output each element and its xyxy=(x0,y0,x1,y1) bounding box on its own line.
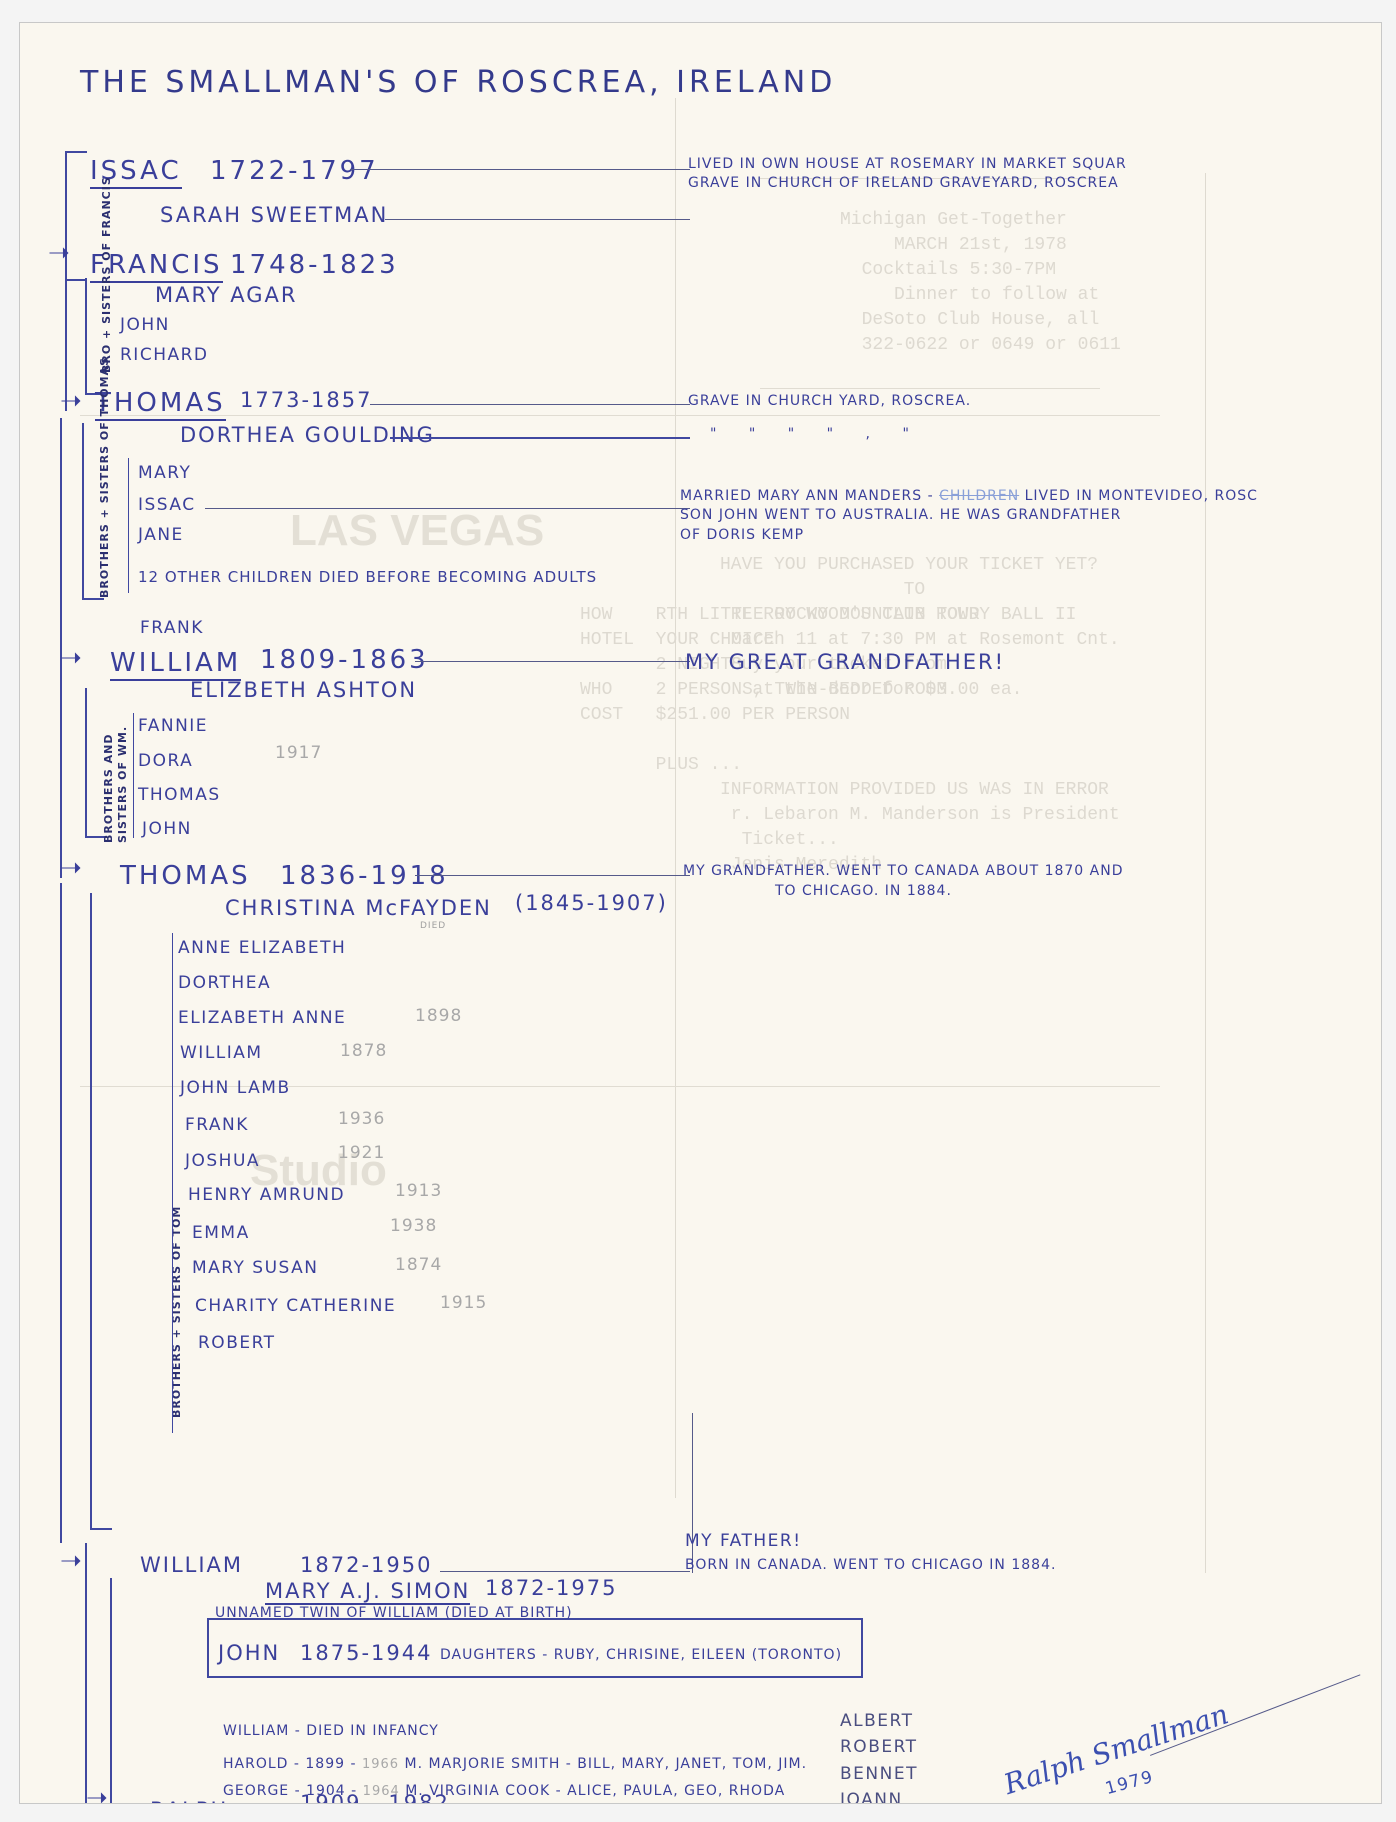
ancestor-years: 1773-1857 xyxy=(240,388,372,412)
child-family: M. MARJORIE SMITH - BILL, MARY, JANET, T… xyxy=(405,1756,808,1772)
sibling-name: ROBERT xyxy=(198,1333,276,1353)
siblings-bracket xyxy=(172,933,173,1433)
brother-name: JOHN xyxy=(218,1641,280,1665)
lineage-bracket xyxy=(60,883,62,1543)
bleed-through-text: LAS VEGAS xyxy=(290,518,544,543)
sibling-name: DORTHEA xyxy=(178,973,271,993)
sibling-name: MARY xyxy=(138,463,191,483)
sibling-name: JANE xyxy=(138,525,184,545)
bleed-through-text: HOW RTH LITTLE ROCKY MOUNTAIN TOUR HOTEL… xyxy=(580,603,980,778)
ancestor-name-text: WILLIAM xyxy=(110,648,241,681)
sibling-year: 1913 xyxy=(395,1181,442,1201)
signature-year: 1979 xyxy=(1103,1767,1156,1799)
lineage-bracket xyxy=(65,151,87,153)
ancestor-name: RALPH xyxy=(150,1798,228,1804)
arrow-right-icon: ➝ xyxy=(86,1785,108,1804)
arrow-right-icon: ➝ xyxy=(60,855,82,881)
sibling-name: ANNE ELIZABETH xyxy=(178,938,346,958)
sibling-name: MARY SUSAN xyxy=(192,1258,319,1278)
father-note: BORN IN CANADA. WENT TO CHICAGO IN 1884. xyxy=(685,1557,1056,1573)
lineage-bracket xyxy=(85,278,87,393)
siblings-label: BROTHERS AND xyxy=(102,733,115,843)
sibling-note: MARRIED MARY ANN MANDERS - CHILDREN LIVE… xyxy=(680,488,1258,504)
bleed-through-line xyxy=(80,415,1160,416)
connector-line xyxy=(440,1571,690,1572)
siblings-label: SISTERS OF WM. xyxy=(116,733,129,843)
ditto-marks: " " " " , " xyxy=(710,426,923,442)
sibling-name: EMMA xyxy=(192,1223,250,1243)
ancestor-name-text: THOMAS xyxy=(95,388,226,421)
connector-line xyxy=(415,875,690,876)
grandchild-name: ROBERT xyxy=(840,1737,918,1757)
ancestor-note: GRAVE IN CHURCH YARD, ROSCREA. xyxy=(688,393,971,409)
grandchild-name: BENNET xyxy=(840,1764,918,1784)
ancestor-note: MY GREAT GRANDFATHER! xyxy=(685,650,1005,674)
ancestor-note: LIVED IN OWN HOUSE AT ROSEMARY IN MARKET… xyxy=(688,156,1127,172)
sibling-name: JOSHUA xyxy=(185,1151,260,1171)
lineage-bracket xyxy=(65,279,87,281)
child-name: HAROLD - 1899 - xyxy=(223,1756,357,1772)
sibling-year: 1936 xyxy=(338,1109,385,1129)
siblings-label: BROTHERS + SISTERS OF THOMAS xyxy=(98,458,111,598)
father-note-heading: MY FATHER! xyxy=(685,1531,802,1551)
pre-name: FRANK xyxy=(140,618,204,638)
spouse-name: CHRISTINA McFAYDEN xyxy=(225,896,492,920)
lineage-bracket xyxy=(60,673,62,878)
connector-line xyxy=(385,219,690,220)
sibling-year: 1878 xyxy=(340,1041,387,1061)
document-title: THE SMALLMAN'S OF ROSCREA, IRELAND xyxy=(80,65,836,100)
sibling-name: FRANK xyxy=(185,1115,249,1135)
ancestor-name: WILLIAM xyxy=(110,648,241,678)
lineage-bracket xyxy=(85,1543,87,1803)
ancestor-years: 1836-1918 xyxy=(280,861,449,891)
twin-note: UNNAMED TWIN OF WILLIAM (DIED AT BIRTH) xyxy=(215,1605,573,1621)
sibling-year: 1915 xyxy=(440,1293,487,1313)
lineage-bracket xyxy=(60,418,62,673)
scanned-page: LAS VEGAS Studio Michigan Get-Together M… xyxy=(19,22,1382,1804)
arrow-right-icon: ➝ xyxy=(60,1548,82,1574)
ancestor-name: WILLIAM xyxy=(140,1553,243,1577)
sibling-name: FANNIE xyxy=(138,716,208,736)
lineage-bracket xyxy=(82,423,84,598)
arrow-right-icon: ➝ xyxy=(48,240,70,266)
connector-line xyxy=(205,508,690,509)
sibling-name: JOHN LAMB xyxy=(180,1078,291,1098)
sibling-year: 1898 xyxy=(415,1006,462,1026)
ancestor-years: 1809-1863 xyxy=(260,645,429,675)
ancestor-name: THOMAS xyxy=(95,388,226,418)
lineage-bracket xyxy=(90,893,92,1528)
ancestor-years: 1748-1823 xyxy=(230,250,399,280)
sibling-name: JOHN xyxy=(142,819,192,839)
arrow-right-icon: ➝ xyxy=(60,645,82,671)
connector-line xyxy=(370,404,690,405)
bleed-through-line xyxy=(760,388,1100,389)
spouse-name: ELIZBETH ASHTON xyxy=(190,678,417,702)
brother-note: DAUGHTERS - RUBY, CHRISINE, EILEEN (TORO… xyxy=(440,1647,842,1663)
sibling-name: HENRY AMRUND xyxy=(188,1185,345,1205)
other-children-note: 12 OTHER CHILDREN DIED BEFORE BECOMING A… xyxy=(138,568,597,586)
connector-line xyxy=(415,661,690,662)
spouse-name: DORTHEA GOULDING xyxy=(180,423,435,447)
ancestor-years: 1872-1950 xyxy=(300,1553,432,1577)
bleed-through-line xyxy=(675,98,676,1498)
sibling-year: 1917 xyxy=(275,743,322,763)
siblings-bracket xyxy=(133,713,134,838)
ancestor-note: GRAVE IN CHURCH OF IRELAND GRAVEYARD, RO… xyxy=(688,175,1119,191)
sibling-name: RICHARD xyxy=(120,345,209,365)
sibling-note: OF DORIS KEMP xyxy=(680,527,804,543)
ancestor-note: TO CHICAGO. IN 1884. xyxy=(775,883,952,899)
spouse-years: (1845-1907) xyxy=(515,891,668,915)
sibling-name: DORA xyxy=(138,751,193,771)
siblings-bracket xyxy=(128,458,129,593)
sibling-name: ELIZABETH ANNE xyxy=(178,1008,346,1028)
sibling-year: 1938 xyxy=(390,1216,437,1236)
sibling-note-text: MARRIED MARY ANN MANDERS - xyxy=(680,488,939,504)
sibling-name: THOMAS xyxy=(138,785,221,805)
grandchild-name: ALBERT xyxy=(840,1711,913,1731)
lineage-bracket xyxy=(82,598,104,600)
ancestor-name: THOMAS xyxy=(120,861,251,891)
child-entry: HAROLD - 1899 - 1966 M. MARJORIE SMITH -… xyxy=(223,1756,807,1772)
sibling-name: JOHN xyxy=(120,315,170,335)
lineage-bracket xyxy=(90,1528,112,1530)
ancestor-years: 1722-1797 xyxy=(210,156,379,186)
ancestor-note: MY GRANDFATHER. WENT TO CANADA ABOUT 187… xyxy=(683,863,1124,879)
ancestor-years: 1909 - 1982 xyxy=(300,1791,450,1804)
spouse-years: 1872-1975 xyxy=(485,1576,617,1600)
brother-years: 1875-1944 xyxy=(300,1641,432,1665)
child-year: 1966 xyxy=(362,1757,399,1772)
spouse-years-note: DIED xyxy=(420,921,446,931)
grandchild-name: JOANN xyxy=(840,1790,903,1804)
spouse-name: MARY A.J. SIMON xyxy=(265,1579,470,1605)
sibling-year: 1874 xyxy=(395,1255,442,1275)
connector-line xyxy=(390,437,690,439)
arrow-right-icon: ➝ xyxy=(60,388,82,414)
lineage-bracket xyxy=(110,1578,112,1803)
struck-text: CHILDREN xyxy=(939,488,1019,504)
spouse-name: SARAH SWEETMAN xyxy=(160,203,388,227)
connector-line xyxy=(350,169,690,170)
sibling-name: ISSAC xyxy=(138,495,196,515)
bleed-through-text: Michigan Get-Together MARCH 21st, 1978 C… xyxy=(840,208,1121,358)
bleed-through-line xyxy=(1205,173,1206,1573)
lineage-bracket xyxy=(85,688,87,836)
child-family: M. VIRGINIA COOK - ALICE, PAULA, GEO, RH… xyxy=(405,1783,785,1799)
sibling-year: 1921 xyxy=(338,1143,385,1163)
spouse-name: MARY AGAR xyxy=(155,283,297,307)
sibling-name: CHARITY CATHERINE xyxy=(195,1296,396,1316)
child-entry: WILLIAM - DIED IN INFANCY xyxy=(223,1723,439,1739)
sibling-note: SON JOHN WENT TO AUSTRALIA. HE WAS GRAND… xyxy=(680,507,1121,523)
sibling-name: WILLIAM xyxy=(180,1043,263,1063)
